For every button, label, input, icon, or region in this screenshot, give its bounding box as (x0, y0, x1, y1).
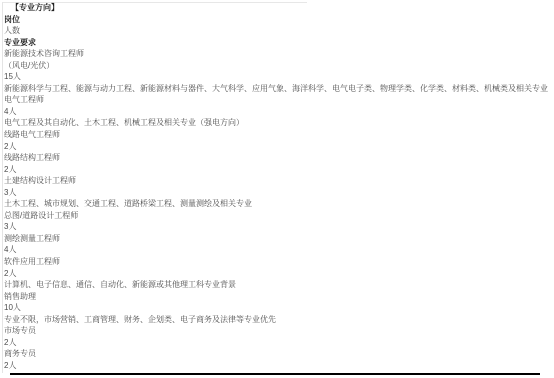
column-header-requirement: 专业要求 (4, 37, 554, 49)
job-posting-content: 【专业方向】 岗位 人数 专业要求 新能源技术咨询工程师（风电/光伏）15人新能… (4, 2, 554, 372)
job-headcount: 2人 (4, 268, 554, 280)
job-headcount: 2人 (4, 337, 554, 349)
job-headcount: 3人 (4, 187, 554, 199)
job-headcount: 3人 (4, 221, 554, 233)
job-title: 新能源技术咨询工程师 (4, 48, 554, 60)
job-requirement: 计算机、电子信息、通信、自动化、新能源或其他理工科专业背景 (4, 279, 554, 291)
section-title: 【专业方向】 (4, 2, 554, 14)
job-headcount: 2人 (4, 141, 554, 153)
job-headcount: 2人 (4, 164, 554, 176)
job-requirement: 专业不限，市场营销、工商管理、财务、企划类、电子商务及法律等专业优先 (4, 314, 554, 326)
job-list: 新能源技术咨询工程师（风电/光伏）15人新能源科学与工程、能源与动力工程、新能源… (4, 48, 554, 371)
job-title: 销售助理 (4, 291, 554, 303)
job-headcount: 4人 (4, 244, 554, 256)
job-title: 市场专员 (4, 325, 554, 337)
column-header-position: 岗位 (4, 14, 554, 26)
job-posting-page: 【专业方向】 岗位 人数 专业要求 新能源技术咨询工程师（风电/光伏）15人新能… (0, 0, 554, 378)
job-title: 电气工程师 (4, 94, 554, 106)
job-headcount: 2人 (4, 360, 554, 372)
job-title: 软件应用工程师 (4, 256, 554, 268)
job-title: 商务专员 (4, 348, 554, 360)
job-title: 线路电气工程师 (4, 129, 554, 141)
job-title: 总图/道路设计工程师 (4, 210, 554, 222)
job-requirement: 电气工程及其自动化、土木工程、机械工程及相关专业（强电方向） (4, 117, 554, 129)
job-headcount: 15人 (4, 71, 554, 83)
job-title: 土建结构设计工程师 (4, 175, 554, 187)
page-left-border (2, 2, 3, 373)
job-title: 线路结构工程师 (4, 152, 554, 164)
column-header-headcount: 人数 (4, 25, 554, 37)
job-requirement: 土木工程、城市规划、交通工程、道路桥梁工程、测量测绘及相关专业 (4, 198, 554, 210)
job-subtitle: （风电/光伏） (4, 60, 554, 72)
job-headcount: 10人 (4, 302, 554, 314)
bottom-divider-line (10, 373, 540, 375)
job-requirement: 新能源科学与工程、能源与动力工程、新能源材料与器件、大气科学、应用气象、海洋科学… (4, 83, 554, 95)
job-title: 测绘测量工程师 (4, 233, 554, 245)
job-headcount: 4人 (4, 106, 554, 118)
